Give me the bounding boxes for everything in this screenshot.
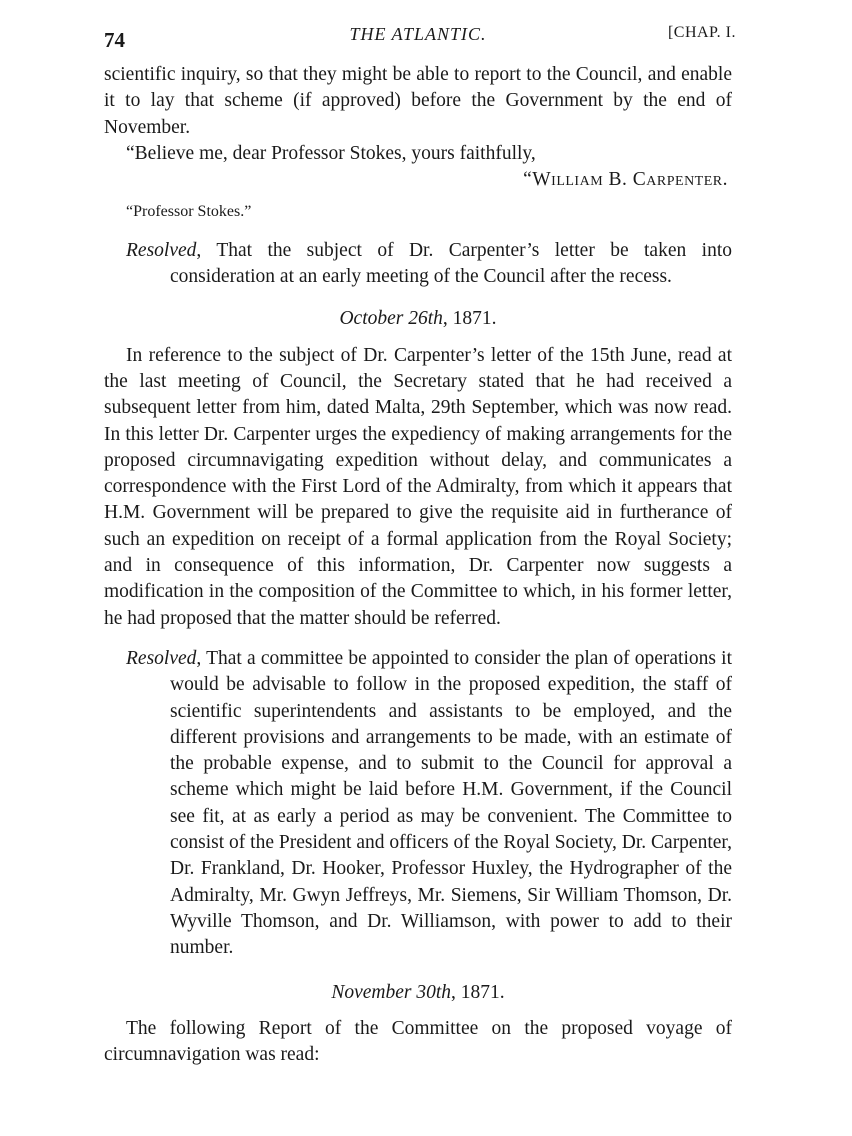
resolved-label: Resolved — [126, 648, 196, 669]
resolution-2: Resolved, That a committee be appointed … — [126, 646, 732, 962]
letter-addressee: “Professor Stokes.” — [104, 199, 732, 225]
body-text: scientific inquiry, so that they might b… — [104, 62, 732, 1068]
running-header: 74 THE ATLANTIC. [CHAP. I. — [104, 24, 732, 48]
paragraph-november: The following Report of the Committee on… — [104, 1016, 732, 1069]
letter-closing: “Believe me, dear Professor Stokes, your… — [104, 141, 732, 167]
date-heading-october: October 26th, 1871. — [104, 306, 732, 332]
paragraph-continuation: scientific inquiry, so that they might b… — [104, 62, 732, 141]
resolution-1: Resolved, That the subject of Dr. Carpen… — [126, 238, 732, 291]
running-title: THE ATLANTIC. — [104, 24, 732, 45]
resolution-text: , That a committee be appointed to consi… — [170, 648, 732, 958]
paragraph-october: In reference to the subject of Dr. Carpe… — [104, 343, 732, 632]
resolution-text: , That the subject of Dr. Carpenter’s le… — [170, 240, 732, 287]
chapter-mark: [CHAP. I. — [668, 24, 736, 42]
letter-signature: “William B. Carpenter. — [104, 167, 732, 193]
resolved-label: Resolved — [126, 240, 196, 261]
date-heading-november: November 30th, 1871. — [104, 980, 732, 1006]
